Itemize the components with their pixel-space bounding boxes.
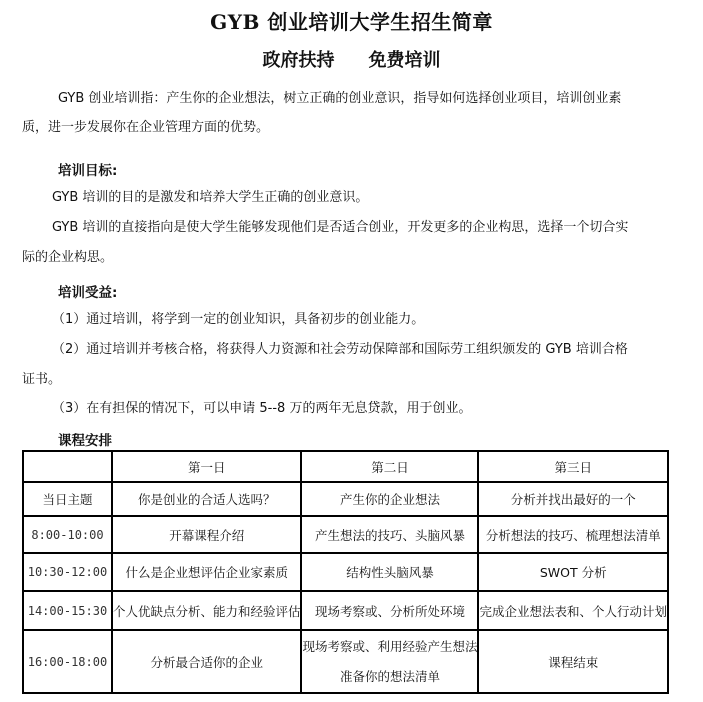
goals-heading: 培训目标: — [58, 159, 117, 179]
benefit-1: （1）通过培训，将学到一定的创业知识，具备初步的创业能力。 — [52, 310, 424, 330]
benefit-3: （3）在有担保的情况下，可以申请 5--8 万的两年无息贷款，用于创业。 — [52, 399, 471, 419]
benefits-heading: 培训受益: — [58, 281, 117, 301]
cell-day2: 结构性头脑风暴 — [301, 553, 478, 591]
intro-line-2: 质，进一步发展你在企业管理方面的优势。 — [22, 118, 269, 138]
goals-paragraph-2-line-1: GYB 培训的直接指向是使大学生能够发现他们是否适合创业，开发更多的企业构思，选… — [52, 218, 628, 238]
cell-day1: 分析最合适你的企业 — [112, 630, 302, 693]
cell-day1: 什么是企业想评估企业家素质 — [112, 553, 302, 591]
table-row: 14:00-15:30 个人优缺点分析、能力和经验评估 现场考察或、分析所处环境… — [23, 591, 668, 630]
schedule-table: 第一日 第二日 第三日 当日主题 你是创业的合适人选吗？ 产生你的企业想法 分析… — [22, 450, 669, 694]
subtitle-part-1: 政府扶持 — [263, 46, 335, 72]
table-header-row: 第一日 第二日 第三日 — [23, 451, 668, 482]
time-slot: 14:00-15:30 — [23, 591, 112, 630]
document-subtitle: 政府扶持免费培训 — [0, 46, 703, 72]
intro-line-1: GYB 创业培训指：产生你的企业想法，树立正确的创业意识，指导如何选择创业项目，… — [58, 89, 621, 109]
cell-day2: 产生你的企业想法 — [301, 482, 478, 516]
document-title: GYB 创业培训大学生招生简章 — [0, 6, 703, 35]
benefit-2-line-1: （2）通过培训并考核合格，将获得人力资源和社会劳动保障部和国际劳工组织颁发的 G… — [52, 340, 628, 360]
cell-day2: 产生想法的技巧、头脑风暴 — [301, 516, 478, 553]
table-row: 当日主题 你是创业的合适人选吗？ 产生你的企业想法 分析并找出最好的一个 — [23, 482, 668, 516]
header-cell-day2: 第二日 — [301, 451, 478, 482]
time-slot: 16:00-18:00 — [23, 630, 112, 693]
goals-paragraph-1: GYB 培训的目的是激发和培养大学生正确的创业意识。 — [52, 188, 368, 208]
cell-day3: 课程结束 — [478, 630, 668, 693]
cell-day1: 开幕课程介绍 — [112, 516, 302, 553]
header-cell-day3: 第三日 — [478, 451, 668, 482]
goals-paragraph-2-line-2: 际的企业构思。 — [22, 248, 113, 268]
cell-day3: 完成企业想法表和、个人行动计划 — [478, 591, 668, 630]
cell-day3: SWOT 分析 — [478, 553, 668, 591]
row-label: 当日主题 — [23, 482, 112, 516]
table-row: 8:00-10:00 开幕课程介绍 产生想法的技巧、头脑风暴 分析想法的技巧、梳… — [23, 516, 668, 553]
header-cell-day1: 第一日 — [112, 451, 302, 482]
cell-day3: 分析并找出最好的一个 — [478, 482, 668, 516]
cell-day2: 现场考察或、利用经验产生想法 准备你的想法清单 — [301, 630, 478, 693]
subtitle-part-2: 免费培训 — [369, 46, 441, 72]
cell-day1: 你是创业的合适人选吗？ — [112, 482, 302, 516]
schedule-heading: 课程安排 — [58, 429, 112, 449]
table-row: 10:30-12:00 什么是企业想评估企业家素质 结构性头脑风暴 SWOT 分… — [23, 553, 668, 591]
header-cell-empty — [23, 451, 112, 482]
benefit-2-line-2: 证书。 — [22, 370, 61, 390]
cell-day3: 分析想法的技巧、梳理想法清单 — [478, 516, 668, 553]
time-slot: 10:30-12:00 — [23, 553, 112, 591]
cell-day2-line-1: 现场考察或、利用经验产生想法 — [302, 632, 477, 662]
cell-day2: 现场考察或、分析所处环境 — [301, 591, 478, 630]
cell-day2-line-2: 准备你的想法清单 — [302, 662, 477, 692]
cell-day1: 个人优缺点分析、能力和经验评估 — [112, 591, 302, 630]
table-row: 16:00-18:00 分析最合适你的企业 现场考察或、利用经验产生想法 准备你… — [23, 630, 668, 693]
time-slot: 8:00-10:00 — [23, 516, 112, 553]
